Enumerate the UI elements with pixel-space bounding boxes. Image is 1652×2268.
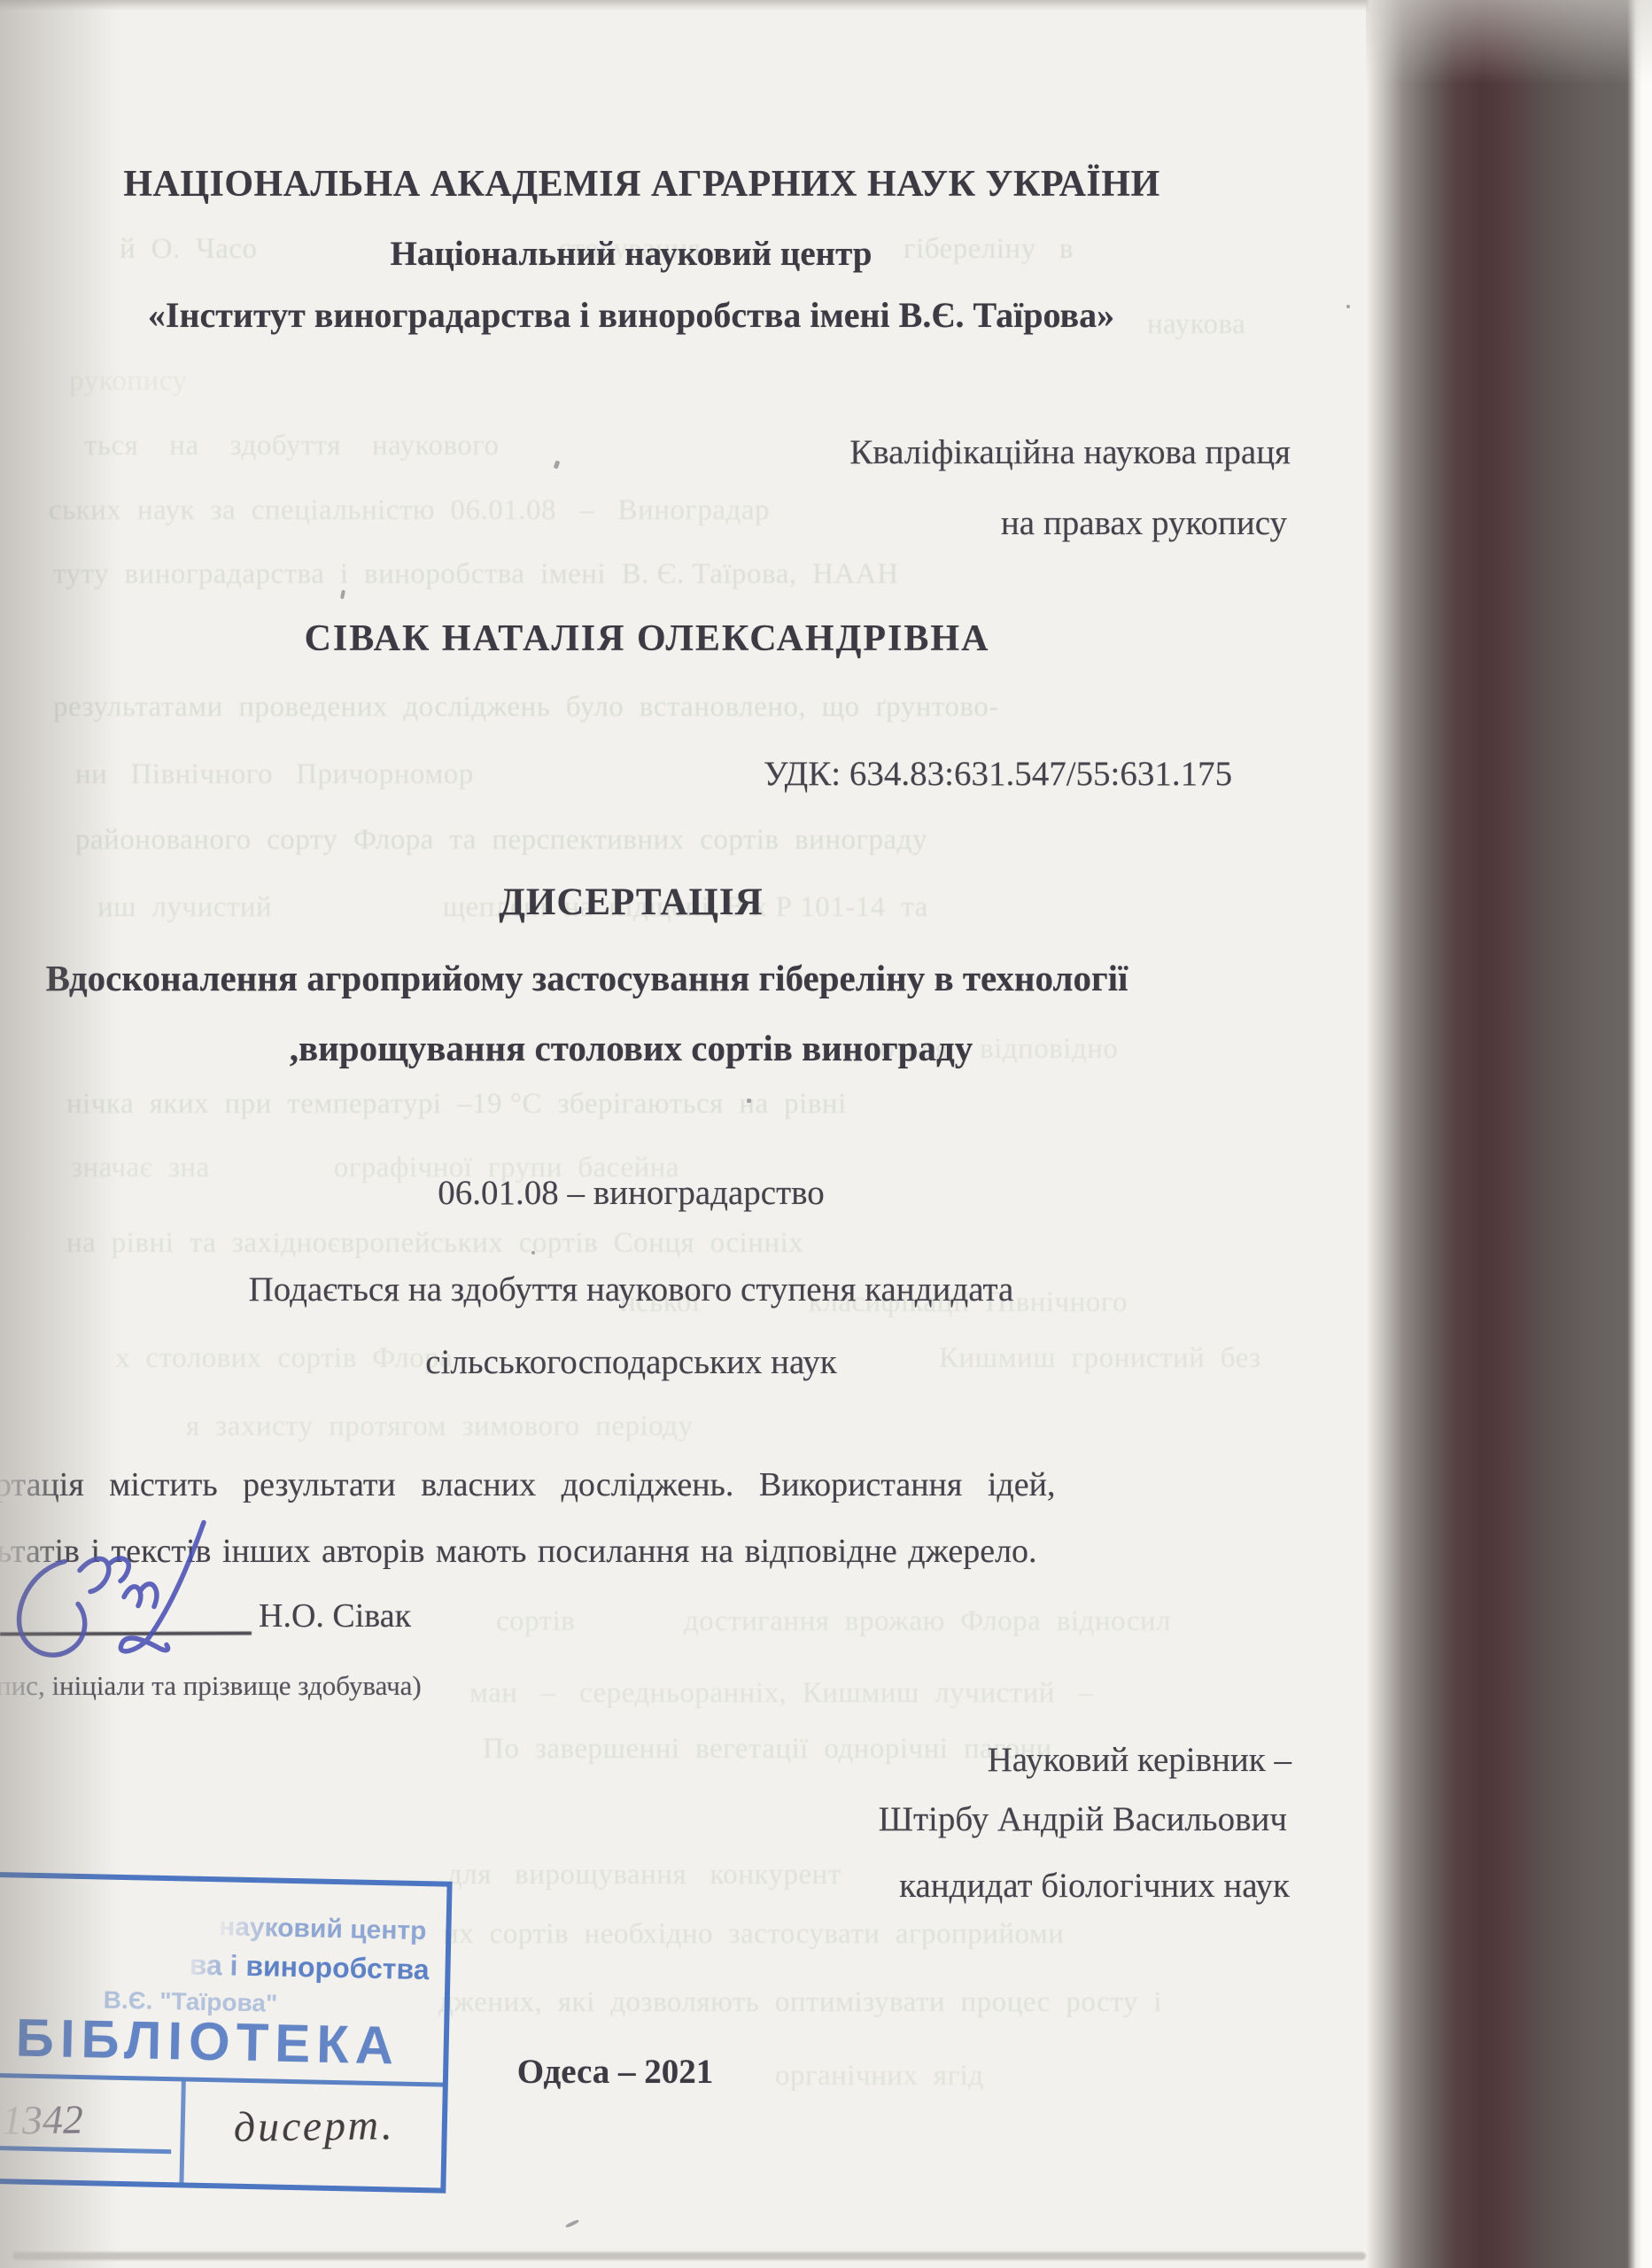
bleedthrough-line: По завершенні вегетації однорічні пагони — [483, 1733, 1052, 1766]
bleedthrough-line: на рівні та західноєвропейських сортів С… — [66, 1227, 803, 1260]
ink-speck — [340, 590, 345, 600]
qualification-note-line2: на правах рукопису — [1001, 505, 1287, 543]
top-scan-shadow — [0, 0, 1369, 11]
stamp-line-institute: ва і виноробства — [189, 1949, 430, 1987]
pen-mark — [565, 2219, 579, 2228]
supervisor-label: Науковий керівник – — [988, 1742, 1291, 1780]
author-name: СІВАК НАТАЛІЯ ОЛЕКСАНДРІВНА — [29, 618, 1265, 659]
institute-name: «Інститут виноградарства і виноробства і… — [13, 296, 1249, 335]
ink-speck — [554, 460, 561, 469]
title-line1: Вдосконалення агроприйому застосування г… — [0, 959, 1183, 998]
supervisor-name: Штірбу Андрій Васильович — [879, 1801, 1287, 1839]
academy-name: НАЦІОНАЛЬНА АКАДЕМІЯ АГРАРНИХ НАУК УКРАЇ… — [24, 164, 1260, 205]
submission-line2: сільськогосподарських наук — [13, 1344, 1249, 1382]
specialty-code: 06.01.08 – виноградарство — [13, 1175, 1249, 1213]
bleedthrough-line: для вирощування конкурент — [447, 1859, 842, 1891]
stamp-handwritten-note: дисерт. — [233, 2101, 395, 2152]
supervisor-degree: кандидат біологічних наук — [899, 1868, 1290, 1906]
ink-speck — [1346, 305, 1350, 308]
bleedthrough-line: результатами проведених досліджень було … — [53, 691, 999, 724]
bleedthrough-line: туту виноградарства і виноробства імені … — [53, 558, 898, 591]
book-edge-shadow — [1366, 0, 1652, 2268]
bleedthrough-line: сортів достигання врожаю Флора відносил — [496, 1605, 1171, 1638]
bleedthrough-line: нічка яких при температурі –19 °С зберіг… — [66, 1088, 847, 1121]
bleedthrough-line: ни Північного Причорномор — [75, 758, 474, 791]
bottom-page-shadow — [12, 2252, 1366, 2260]
stamp-vertical-divider — [179, 2081, 185, 2182]
stamp-line-center: науковий центр — [219, 1912, 427, 1946]
udc-number: УДК: 634.83:631.547/55:631.175 — [764, 756, 1232, 794]
bleedthrough-line: ман – середньоранніх, Кишмиш лучистий – — [469, 1677, 1093, 1710]
ink-speck — [747, 1099, 751, 1103]
bleedthrough-line: ських наук за спеціальністю 06.01.08 – В… — [49, 494, 770, 527]
qualification-note-line1: Кваліфікаційна наукова праця — [849, 434, 1291, 472]
ink-speck — [531, 1251, 535, 1254]
signature-name: Н.О. Сівак — [259, 1598, 411, 1635]
bleedthrough-line: их сортів необхідно застосувати агроприй… — [443, 1918, 1064, 1951]
title-line2: ,вирощування столових сортів винограду — [13, 1029, 1249, 1068]
book-edge-highlight — [1366, 0, 1652, 84]
center-name: Національний науковий центр — [13, 236, 1249, 274]
document-type: ДИСЕРТАЦІЯ — [13, 882, 1249, 923]
scanned-page: й О. Часостосуваннягібереліну внауковару… — [0, 0, 1652, 2268]
submission-line1: Подається на здобуття наукового ступеня … — [13, 1271, 1249, 1309]
bleedthrough-line: ться на здобуття наукового — [84, 430, 500, 462]
declaration-line1: ртація містить результати власних дослід… — [0, 1467, 1055, 1504]
left-scan-shadow — [0, 0, 120, 2268]
bleedthrough-line: джених, які дозволяють оптимізувати проц… — [438, 1986, 1162, 2019]
bleedthrough-line: районованого сорту Флора та перспективни… — [75, 824, 927, 857]
bleedthrough-line: я захисту протягом зимового періоду — [186, 1410, 693, 1443]
